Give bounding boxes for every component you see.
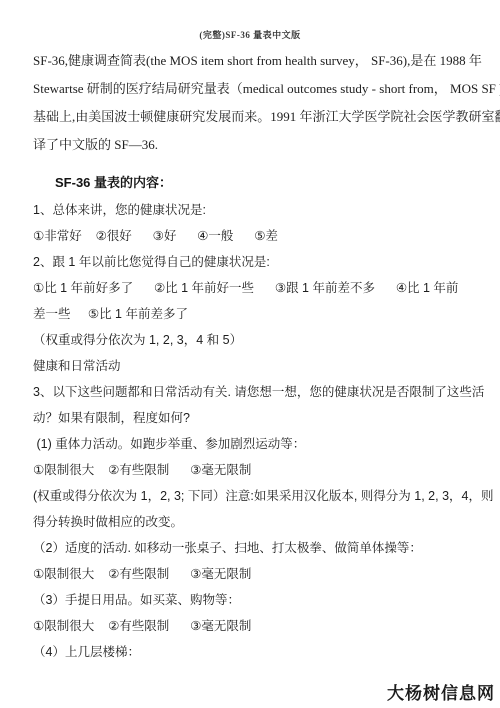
section-heading: SF-36 量表的内容： (33, 169, 470, 197)
watermark: 大杨树信息网 (387, 679, 495, 704)
options-line: ①限制很大 ②有些限制 ③毫无限制 (33, 561, 470, 587)
intro-line: SF-36,健康调查简表(the MOS item short from hea… (33, 47, 470, 75)
question-line: (1) 重体力活动。如跑步举重、参加剧烈运动等： (33, 431, 470, 457)
scoring-note-line: 得分转换时做相应的改变。 (33, 509, 470, 535)
question-line: 动？如果有限制，程度如何? (33, 405, 470, 431)
options-line: ①限制很大 ②有些限制 ③毫无限制 (33, 613, 470, 639)
question-line: （3）手提日用品。如买菜、购物等： (33, 587, 470, 613)
scoring-note-line: (权重或得分依次为 1，2, 3; 下同）注意:如果采用汉化版本, 则得分为 1… (33, 483, 470, 509)
question-line: （4）上几层楼梯： (33, 639, 470, 665)
doc-body: SF-36,健康调查简表(the MOS item short from hea… (33, 47, 470, 665)
options-line: 差一些 ⑤比 1 年前差多了 (33, 301, 470, 327)
question-line: （2）适度的活动. 如移动一张桌子、扫地、打太极拳、做简单体操等： (33, 535, 470, 561)
intro-line: 基础上,由美国波士顿健康研究发展而来。1991 年浙江大学医学院社会医学教研室翻 (33, 103, 470, 131)
options-line: ①比 1 年前好多了 ②比 1 年前好一些 ③跟 1 年前差不多 ④比 1 年前 (33, 275, 470, 301)
intro-line: Stewartse 研制的医疗结局研究量表（medical outcomes s… (33, 75, 470, 103)
intro-line: 译了中文版的 SF—36. (33, 131, 470, 159)
doc-header-title: (完整)SF-36 量表中文版 (0, 0, 500, 41)
scoring-note-line: （权重或得分依次为 1, 2, 3，4 和 5） (33, 327, 470, 353)
options-line: ①非常好 ②很好 ③好 ④一般 ⑤差 (33, 223, 470, 249)
options-line: ①限制很大 ②有些限制 ③毫无限制 (33, 457, 470, 483)
section-label: 健康和日常活动 (33, 353, 470, 379)
question-line: 3、以下这些问题都和日常活动有关. 请您想一想，您的健康状况是否限制了这些活 (33, 379, 470, 405)
question-line: 2、跟 1 年以前比您觉得自己的健康状况是: (33, 249, 470, 275)
document-page: (完整)SF-36 量表中文版 SF-36,健康调查简表(the MOS ite… (0, 0, 500, 708)
question-line: 1、总体来讲，您的健康状况是: (33, 197, 470, 223)
